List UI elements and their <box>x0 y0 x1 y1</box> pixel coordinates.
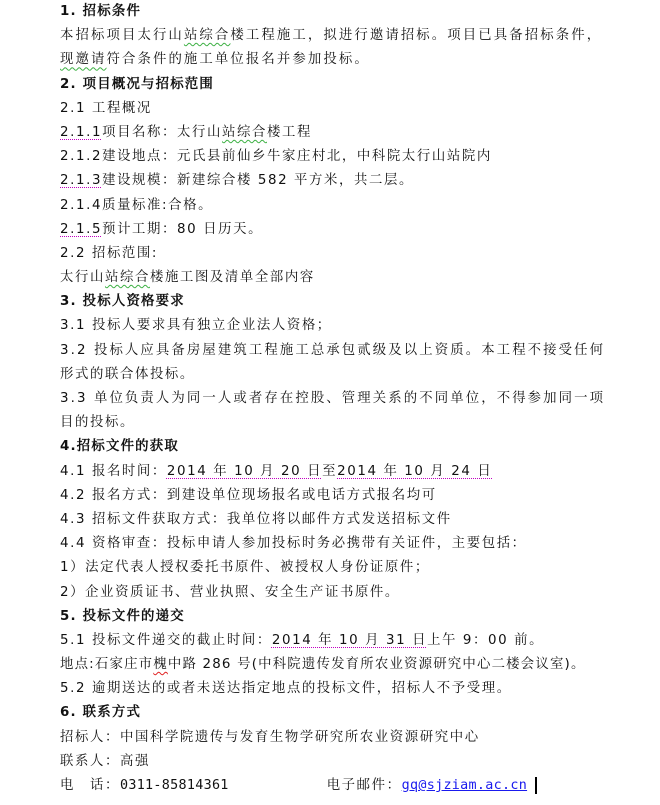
scope-text: 太行山站综合楼施工图及清单全部内容 <box>60 266 660 290</box>
spelling-flag[interactable]: 槐 <box>153 657 168 672</box>
text: 符合条件的施工单位报名并参加投标。 <box>106 52 369 67</box>
section-5-heading: 5. 投标文件的递交 <box>60 605 660 629</box>
item-number: 2.1.4 <box>60 198 102 213</box>
text: 本招标项目太行山 <box>60 28 184 43</box>
smart-tag-date[interactable]: 2014 年 10 月 20 日 <box>167 464 322 479</box>
item-3-3-line-1: 3.3 单位负责人为同一人或者存在控股、管理关系的不同单位，不得参加同一项 <box>60 387 660 411</box>
item-4-1: 4.1 报名时间：2014 年 10 月 20 日至2014 年 10 月 24… <box>60 460 660 484</box>
smart-tag-number[interactable]: 2.1.3 <box>60 173 102 188</box>
text: 楼工程 <box>267 125 312 140</box>
item-4-4: 4.4 资格审查：投标申请人参加投标时务必携带有关证件，主要包括： <box>60 532 660 556</box>
item-2-1-1: 2.1.1项目名称：太行山站综合楼工程 <box>60 121 660 145</box>
tenderer-line: 招标人：中国科学院遗传与发育生物学研究所农业资源研究中心 <box>60 726 660 750</box>
text: 质量标准:合格。 <box>102 198 213 213</box>
text: 建设规模：新建综合楼 582 平方米，共二层。 <box>102 173 414 188</box>
grammar-flag[interactable]: 站综合 <box>105 270 150 285</box>
text: 楼工程施工，拟进行邀请招标。项目已具备招标条件， <box>230 28 602 43</box>
phone-number: 0311-85814361 <box>120 778 229 793</box>
item-number: 2.1.2 <box>60 149 102 164</box>
text: 预计工期：80 日历天。 <box>102 222 263 237</box>
item-4-4-1: 1）法定代表人授权委托书原件、被授权人身份证原件； <box>60 556 660 580</box>
tenderer-name: 中国科学院遗传与发育生物学研究所农业资源研究中心 <box>120 730 480 745</box>
section-1-heading: 1. 招标条件 <box>60 0 660 24</box>
item-3-1: 3.1 投标人要求具有独立企业法人资格； <box>60 314 660 338</box>
item-3-3-line-2: 目的投标。 <box>60 411 660 435</box>
smart-tag-number[interactable]: 2.1.5 <box>60 222 102 237</box>
label: 电子邮件： <box>327 778 402 793</box>
phone-email-line: 电 话：0311-85814361电子邮件：gq@sjziam.ac.cn <box>60 774 660 798</box>
label: 联系人： <box>60 754 120 769</box>
smart-tag-date[interactable]: 2014 年 10 月 24 日 <box>337 464 492 479</box>
text: 建设地点：元氏县前仙乡牛家庄村北，中科院太行山站院内 <box>102 149 492 164</box>
contact-line: 联系人：高强 <box>60 750 660 774</box>
section-1-paragraph-line-1: 本招标项目太行山站综合楼工程施工，拟进行邀请招标。项目已具备招标条件， <box>60 24 660 48</box>
label: 4.1 报名时间： <box>60 464 167 479</box>
item-5-1: 5.1 投标文件递交的截止时间：2014 年 10 月 31 日上午 9：00 … <box>60 629 660 653</box>
text: 太行山 <box>60 270 105 285</box>
grammar-flag[interactable]: 站综合 <box>222 125 267 140</box>
smart-tag-date[interactable]: 2014 年 10 月 31 日 <box>272 633 427 648</box>
text: 上午 9：00 前。 <box>427 633 544 648</box>
grammar-flag[interactable]: 现邀请 <box>60 52 106 67</box>
text: 地点:石家庄市 <box>60 657 153 672</box>
item-2-1-5: 2.1.5预计工期：80 日历天。 <box>60 218 660 242</box>
text: 至 <box>322 464 337 479</box>
text: 项目名称：太行山 <box>102 125 222 140</box>
location-line: 地点:石家庄市槐中路 286 号(中科院遗传发育所农业资源研究中心二楼会议室)。 <box>60 653 660 677</box>
document-page: 1. 招标条件 本招标项目太行山站综合楼工程施工，拟进行邀请招标。项目已具备招标… <box>60 0 660 798</box>
email-link[interactable]: gq@sjziam.ac.cn <box>402 778 527 793</box>
smart-tag-number[interactable]: 2.1.1 <box>60 125 102 140</box>
section-3-heading: 3. 投标人资格要求 <box>60 290 660 314</box>
item-4-2: 4.2 报名方式：到建设单位现场报名或电话方式报名均可 <box>60 484 660 508</box>
item-2-1-3: 2.1.3建设规模：新建综合楼 582 平方米，共二层。 <box>60 169 660 193</box>
section-6-heading: 6. 联系方式 <box>60 701 660 725</box>
contact-name: 高强 <box>120 754 150 769</box>
item-2-1-4: 2.1.4质量标准:合格。 <box>60 194 660 218</box>
item-2-1-2: 2.1.2建设地点：元氏县前仙乡牛家庄村北，中科院太行山站院内 <box>60 145 660 169</box>
subsection-2-1: 2.1 工程概况 <box>60 97 660 121</box>
item-5-2: 5.2 逾期送达的或者未送达指定地点的投标文件，招标人不予受理。 <box>60 677 660 701</box>
label: 招标人： <box>60 730 120 745</box>
grammar-flag[interactable]: 站综合 <box>184 28 230 43</box>
section-1-paragraph-line-2: 现邀请符合条件的施工单位报名并参加投标。 <box>60 48 660 72</box>
section-4-heading: 4.招标文件的获取 <box>60 435 660 459</box>
section-2-heading: 2. 项目概况与招标范围 <box>60 73 660 97</box>
label: 电 话： <box>60 778 120 793</box>
subsection-2-2: 2.2 招标范围: <box>60 242 660 266</box>
text: 中路 286 号(中科院遗传发育所农业资源研究中心二楼会议室)。 <box>168 657 586 672</box>
text-cursor <box>535 777 537 794</box>
label: 5.1 投标文件递交的截止时间： <box>60 633 272 648</box>
item-4-3: 4.3 招标文件获取方式：我单位将以邮件方式发送招标文件 <box>60 508 660 532</box>
item-3-2-line-2: 形式的联合体投标。 <box>60 363 660 387</box>
item-3-2-line-1: 3.2 投标人应具备房屋建筑工程施工总承包贰级及以上资质。本工程不接受任何 <box>60 339 660 363</box>
text: 楼施工图及清单全部内容 <box>150 270 315 285</box>
item-4-4-2: 2）企业资质证书、营业执照、安全生产证书原件。 <box>60 581 660 605</box>
